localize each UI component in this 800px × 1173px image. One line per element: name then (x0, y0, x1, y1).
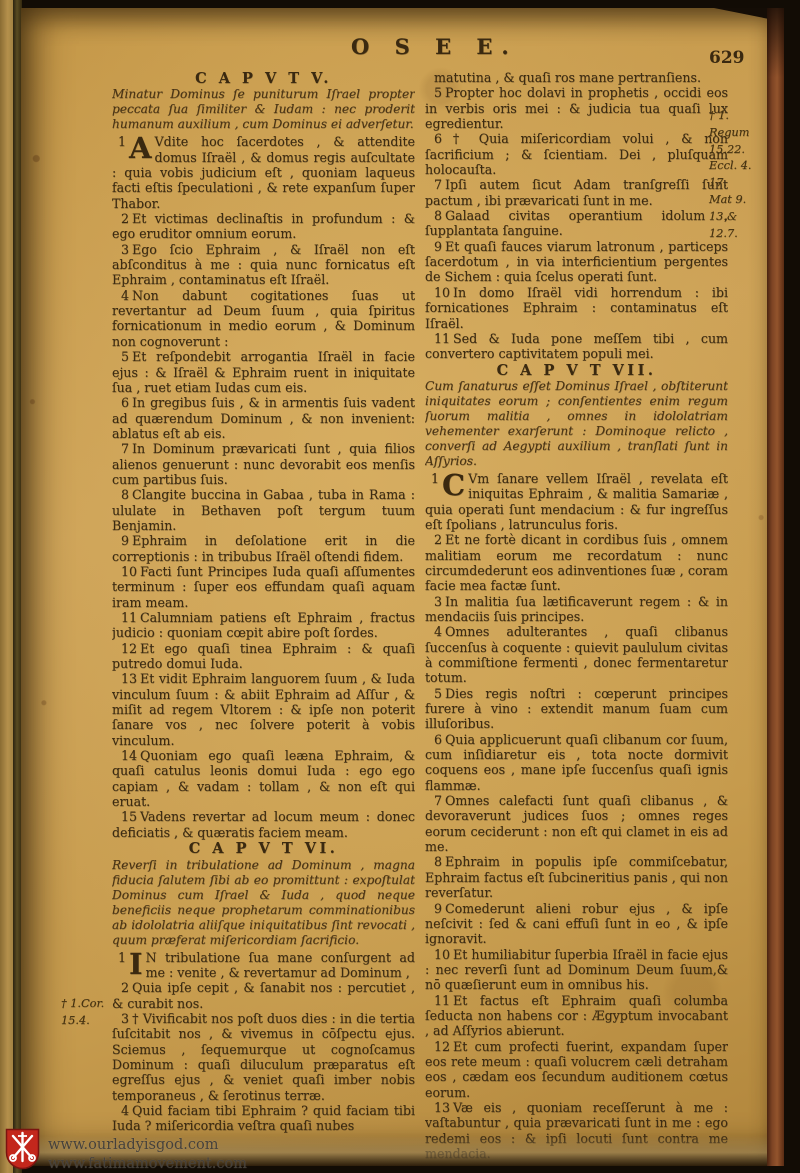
crossed-keys-shield-icon (5, 1128, 40, 1170)
verse-number: 8 (121, 487, 129, 502)
verse: 8Clangite buccina in Gabaa , tuba in Ram… (112, 487, 415, 533)
verse: 4Non dabunt cogitationes ſuas ut reverta… (112, 288, 415, 349)
left-column: C A P V T V. Minatur Dominus ſe punituru… (112, 70, 415, 1142)
verse-number: 11 (434, 993, 450, 1008)
drop-cap: I (128, 950, 146, 977)
verse-number: 3 (121, 1011, 129, 1026)
verse-number: 1 (431, 471, 439, 486)
margin-note-left: † 1.Cor.15.4. (61, 996, 113, 1030)
verse-number: 13 (434, 1100, 450, 1115)
verse-number: 7 (434, 177, 442, 192)
chapter-5-summary: Minatur Dominus ſe puniturum Iſrael prop… (112, 87, 415, 132)
chapter-6-verses-left: 1IN tribulatione ſua mane conſurgent ad … (112, 950, 415, 1134)
verse: 5Dies regis noſtri : cœperunt principes … (425, 686, 728, 732)
verse-number: 8 (434, 854, 442, 869)
verse: 10In domo Iſraël vidi horrendum : ibi fo… (425, 285, 728, 331)
verse-number: 11 (434, 331, 450, 346)
verse: 7In Dominum prævaricati ſunt , quia fili… (112, 441, 415, 487)
verse: 3In malitia ſua lætificaverunt regem : &… (425, 594, 728, 625)
verse-number: 4 (121, 1103, 129, 1118)
verse: 14Quoniam ego quaſi leæna Ephraim, & qua… (112, 748, 415, 809)
drop-cap: A (128, 134, 155, 161)
verse-number: 4 (121, 288, 129, 303)
verse: 6† Quia miſericordiam volui , & non ſacr… (425, 131, 728, 177)
watermark-url-1: www.ourladyisgod.com (48, 1136, 247, 1155)
verse: 1CVm ſanare vellem Iſraël , revelata eſt… (425, 471, 728, 532)
watermark: www.ourladyisgod.com www.fatimamovement.… (5, 1128, 247, 1173)
verse-number: 12 (434, 1039, 450, 1054)
verse-number: 7 (434, 793, 442, 808)
verse-number: 15 (121, 809, 137, 824)
verse-number: 3 (434, 594, 442, 609)
verse-number: 10 (434, 947, 450, 962)
verse-number: 10 (121, 564, 137, 579)
verse: 11Et factus eſt Ephraim quaſi columba ſe… (425, 993, 728, 1039)
chapter-5-verses: 1AVdite hoc ſacerdotes , & attendite dom… (112, 134, 415, 840)
verse: 9Ephraim in deſolatione erit in die corr… (112, 533, 415, 564)
verse: 2Et victimas declinaſtis in profundum : … (112, 211, 415, 242)
verse: 5Propter hoc dolavi in prophetis , occid… (425, 85, 728, 131)
verse-number: 14 (121, 748, 137, 763)
verse-number: 8 (434, 208, 442, 223)
verse: 8Galaad civitas operantium idolum , ſupp… (425, 208, 728, 239)
verse: 13Et vidit Ephraim languorem ſuum , & Iu… (112, 671, 415, 748)
verse-number: 6 (434, 131, 442, 146)
chapter-6-verses-right: matutina , & quaſi ros mane pertranſiens… (425, 70, 728, 362)
verse: 7Ipſi autem ſicut Adam tranſgreſſi ſunt … (425, 177, 728, 208)
verse: 3Ego ſcio Ephraim , & Iſraël non eſt abſ… (112, 242, 415, 288)
drop-cap: C (441, 471, 468, 498)
verse: 2Et ne fortè dicant in cordibus ſuis , o… (425, 532, 728, 593)
verse: 10Et humiliabitur ſuperbia Iſraël in fac… (425, 947, 728, 993)
verse: 6In gregibus ſuis , & in armentis ſuis v… (112, 395, 415, 441)
verse: 8Ephraim in populis ipſe commiſcebatur, … (425, 854, 728, 900)
verse-number: 9 (434, 239, 442, 254)
verse-number: 5 (434, 686, 442, 701)
verse-number: 2 (121, 980, 129, 995)
verse-number: 9 (434, 901, 442, 916)
verse: 5Et reſpondebit arrogantia Iſraël in fac… (112, 349, 415, 395)
verse-number: 3 (121, 242, 129, 257)
verse-number: 1 (118, 950, 126, 965)
verse-number: 12 (121, 641, 137, 656)
verse: 1AVdite hoc ſacerdotes , & attendite dom… (112, 134, 415, 211)
chapter-7-verses: 1CVm ſanare vellem Iſraël , revelata eſt… (425, 471, 728, 1160)
verse: 13Væ eis , quoniam receſſerunt à me : va… (425, 1100, 728, 1160)
verse-number: 13 (121, 671, 137, 686)
verse: 12Et cum profecti fuerint, expandam ſupe… (425, 1039, 728, 1100)
verse-number: 11 (121, 610, 137, 625)
verse: 11Sed & Iuda pone meſſem tibi , cum conv… (425, 331, 728, 362)
verse: 9Et quaſi fauces viarum latronum , parti… (425, 239, 728, 285)
verse: matutina , & quaſi ros mane pertranſiens… (425, 70, 728, 85)
verse: 7Omnes calefacti ſunt quaſi clibanus , &… (425, 793, 728, 854)
verse-number: 5 (434, 85, 442, 100)
verse-number: 7 (121, 441, 129, 456)
right-column: matutina , & quaſi ros mane pertranſiens… (425, 70, 728, 1160)
watermark-urls: www.ourladyisgod.com www.fatimamovement.… (48, 1136, 247, 1173)
chapter-7-heading: C A P V T VII. (425, 363, 728, 378)
chapter-6-heading: C A P V T VI. (112, 841, 415, 856)
verse-number: 5 (121, 349, 129, 364)
chapter-7-summary: Cum ſanaturus eſſet Dominus Iſrael , obſ… (425, 379, 728, 469)
under-page-edge (0, 0, 14, 1173)
verse-number: 2 (121, 211, 129, 226)
verse: 3† Vivificabit nos poſt duos dies : in d… (112, 1011, 415, 1103)
verse-number: 2 (434, 532, 442, 547)
verse: 10Facti ſunt Principes Iuda quaſi aſſume… (112, 564, 415, 610)
margin-note-line: † 1.Cor. (61, 996, 113, 1013)
verse-number: 4 (434, 624, 442, 639)
verse: 1IN tribulatione ſua mane conſurgent ad … (112, 950, 415, 981)
verse-number: 1 (118, 134, 126, 149)
margin-note-line: 15.4. (61, 1013, 113, 1030)
verse: 4Omnes adulterantes , quaſi clibanus ſuc… (425, 624, 728, 685)
chapter-6-summary: Reverſi in tribulatione ad Dominum , mag… (112, 858, 415, 948)
chapter-5-heading: C A P V T V. (112, 71, 415, 86)
verse: 12Et ego quaſi tinea Ephraim : & quaſi p… (112, 641, 415, 672)
verse-number: 10 (434, 285, 450, 300)
watermark-url-2: www.fatimamovement.com (48, 1155, 247, 1173)
verse: 6Quia applicuerunt quaſi clibanum cor ſu… (425, 732, 728, 793)
verse: 11Calumniam patiens eſt Ephraim , fractu… (112, 610, 415, 641)
running-head: O S E E. (351, 34, 518, 59)
verse: 9Comederunt alieni robur ejus , & ipſe n… (425, 901, 728, 947)
book-page: O S E E. 629 C A P V T V. Minatur Dominu… (21, 8, 784, 1166)
verse: 15Vadens revertar ad locum meum : donec … (112, 809, 415, 840)
verse: 2Quia ipſe cepit , & ſanabit nos : percu… (112, 980, 415, 1011)
page-number: 629 (709, 48, 745, 68)
verse-number: 6 (121, 395, 129, 410)
verse-number: 9 (121, 533, 129, 548)
verse-number: 6 (434, 732, 442, 747)
page-edge-right (767, 8, 784, 1166)
